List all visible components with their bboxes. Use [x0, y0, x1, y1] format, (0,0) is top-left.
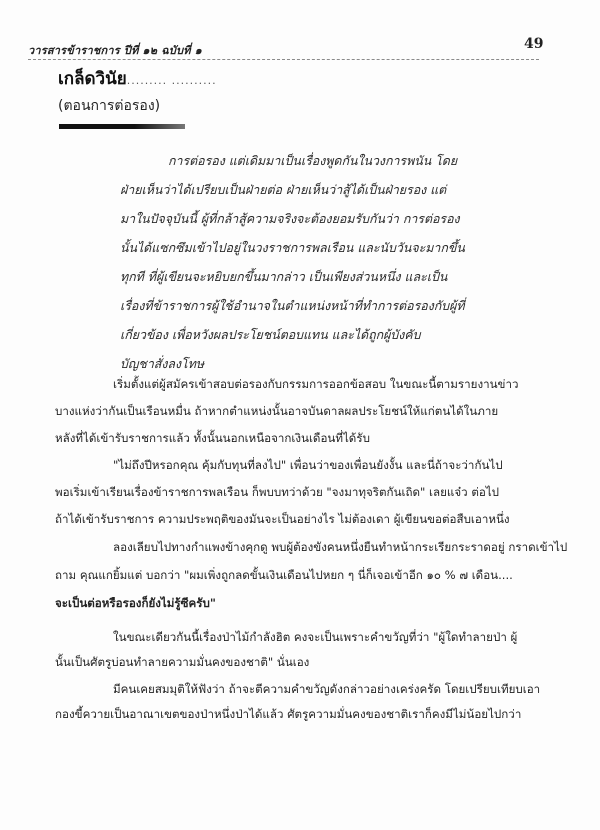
body-line: หลังที่ได้เข้ารับราชการแล้ว ทั้งนั้นนอกเ… — [55, 425, 555, 452]
header-rule — [28, 59, 539, 60]
body-paragraph-2: "ไม่ถึงปีหรอกคุณ คุ้มกับทุนที่ลงไป" เพื่… — [55, 452, 555, 533]
article-subtitle: (ตอนการต่อรอง) — [58, 95, 160, 117]
body-paragraph-4: ในขณะเดียวกันนี้เรื่องป่าไม้กำลังฮิต คงจ… — [55, 625, 555, 675]
body-line: บางแห่งว่ากันเป็นเรือนหมื่น ถ้าหากตำแหน่… — [55, 398, 555, 425]
running-header-journal: วารสารข้าราชการ ปีที่ ๑๒ ฉบับที่ ๑ — [28, 41, 540, 59]
body-line: "ไม่ถึงปีหรอกคุณ คุ้มกับทุนที่ลงไป" เพื่… — [55, 452, 555, 479]
body-line: นั้นเป็นศัตรูบ่อนทำลายความมั่นคงของชาติ"… — [55, 650, 555, 675]
document-page: วารสารข้าราชการ ปีที่ ๑๒ ฉบับที่ ๑ 49 เก… — [0, 0, 600, 830]
intro-line: ฝ่ายเห็นว่าได้เปรียบเป็นฝ่ายต่อ ฝ่ายเห็น… — [120, 175, 550, 204]
body-line: เริ่มตั้งแต่ผู้สมัครเข้าสอบต่อรองกับกรรม… — [55, 371, 555, 398]
body-line: กองขี้ควายเป็นอาณาเขตของป่าหนึ่งป่าได้แล… — [55, 702, 555, 727]
body-paragraph-5: มีคนเคยสมมุติให้ฟังว่า ถ้าจะตีความคำขวัญ… — [55, 677, 555, 727]
intro-line: ทุกที ที่ผู้เขียนจะหยิบยกขึ้นมากล่าว เป็… — [120, 262, 550, 291]
intro-line: เรื่องที่ข้าราชการผู้ใช้อำนาจในตำแหน่งหน… — [120, 291, 550, 320]
intro-line: เกี่ยวข้อง เพื่อหวังผลประโยชน์ตอบแทน และ… — [120, 320, 550, 349]
article-title: เกล็ดวินัย......... .......... — [58, 65, 217, 92]
body-line: พอเริ่มเข้าเรียนเรื่องข้าราชการพลเรือน ก… — [55, 479, 555, 506]
intro-line: การต่อรอง แต่เดิมมาเป็นเรื่องพูดกันในวงก… — [120, 146, 550, 175]
intro-line: นั้นได้แซกซึมเข้าไปอยู่ในวงราชการพลเรือน… — [120, 233, 550, 262]
body-line: ถาม คุณแกยิ้มแต่ บอกว่า "ผมเพิ่งถูกลดขั้… — [55, 561, 555, 589]
body-paragraph-1: เริ่มตั้งแต่ผู้สมัครเข้าสอบต่อรองกับกรรม… — [55, 371, 555, 452]
title-underline-bar — [59, 124, 185, 129]
body-line: ในขณะเดียวกันนี้เรื่องป่าไม้กำลังฮิต คงจ… — [55, 625, 555, 650]
body-line: ถ้าได้เข้ารับราชการ ความประพฤติของมันจะเ… — [55, 506, 555, 533]
intro-block: การต่อรอง แต่เดิมมาเป็นเรื่องพูดกันในวงก… — [120, 146, 550, 378]
page-number: 49 — [524, 36, 543, 52]
body-line: ลองเลียบไปทางกำแพงข้างคุกดู พบผู้ต้องขัง… — [55, 533, 555, 561]
article-title-text: เกล็ดวินัย — [58, 69, 127, 89]
title-leader-dots: ......... .......... — [127, 74, 217, 87]
body-line: มีคนเคยสมมุติให้ฟังว่า ถ้าจะตีความคำขวัญ… — [55, 677, 555, 702]
body-paragraph-3: ลองเลียบไปทางกำแพงข้างคุกดู พบผู้ต้องขัง… — [55, 533, 555, 617]
body-line: จะเป็นต่อหรือรองก็ยังไม่รู้ซีครับ" — [55, 589, 555, 617]
intro-line: มาในปัจจุบันนี้ ผู้ที่กล้าสู้ความจริงจะต… — [120, 204, 550, 233]
